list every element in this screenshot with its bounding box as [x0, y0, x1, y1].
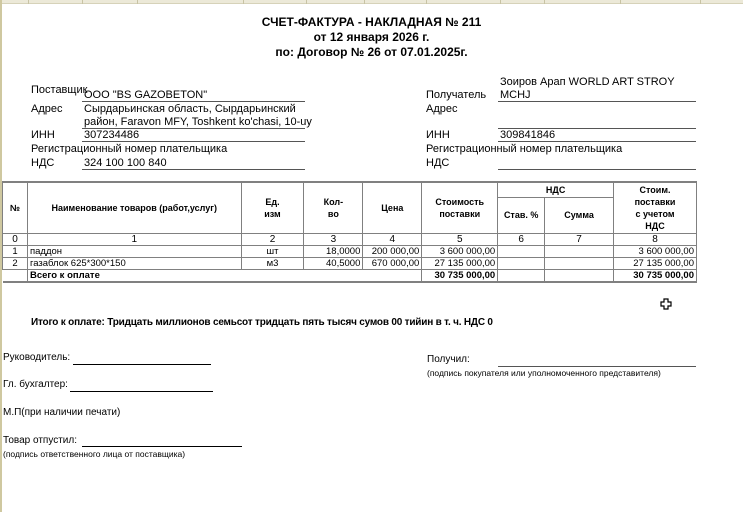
supplier-nds-label: НДС	[31, 157, 54, 169]
recipient-name-underline	[498, 101, 696, 102]
supplier-address-line2: район, Faravon MFY, Toshkent ko'chasi, 1…	[84, 116, 312, 128]
header-qty: Кол-во	[304, 182, 363, 233]
row-vat-sum	[545, 257, 614, 269]
recipient-inn-underline	[498, 141, 696, 142]
supplier-inn-underline	[82, 141, 305, 142]
director-signature-label: Руководитель:	[3, 352, 70, 363]
row-price: 670 000,00	[363, 257, 422, 269]
row-total: 3 600 000,00	[614, 245, 697, 257]
row-vat-rate	[498, 257, 545, 269]
director-signature-line	[73, 364, 211, 365]
recipient-name-line2: MCHJ	[500, 89, 531, 101]
total-with-vat: 30 735 000,00	[614, 269, 697, 282]
row-no: 1	[3, 245, 28, 257]
column-number: 6	[498, 233, 545, 245]
recipient-nds-label: НДС	[426, 157, 449, 169]
column-number: 0	[3, 233, 28, 245]
released-signature-note: (подпись ответственного лица от поставщи…	[3, 449, 185, 459]
released-signature-line	[82, 446, 242, 447]
header-unit: Ед.изм	[241, 182, 304, 233]
supplier-nds-underline	[82, 169, 305, 170]
row-vat-rate	[498, 245, 545, 257]
recipient-name-line1: Зоиров Арап WORLD ART STROY	[500, 76, 675, 88]
supplier-reg-label: Регистрационный номер плательщика	[31, 143, 227, 155]
supplier-name-underline	[82, 101, 305, 102]
received-signature-label: Получил:	[427, 354, 470, 365]
supplier-name: ООО "BS GAZOBETON"	[84, 89, 207, 101]
total-cost: 30 735 000,00	[422, 269, 498, 282]
contract-reference: по: Договор № 26 от 07.01.2025г.	[0, 45, 743, 59]
row-qty: 40,5000	[304, 257, 363, 269]
header-no: №	[3, 182, 28, 233]
column-number: 3	[304, 233, 363, 245]
header-cost: Стоимостьпоставки	[422, 182, 498, 233]
total-row: Всего к оплате 30 735 000,00 30 735 000,…	[3, 269, 697, 282]
table-row: 2 газаблок 625*300*150 м3 40,5000 670 00…	[3, 257, 697, 269]
column-number: 2	[241, 233, 304, 245]
recipient-label: Получатель	[426, 89, 486, 101]
header-name: Наименование товаров (работ,услуг)	[27, 182, 241, 233]
header-vat: НДС	[498, 182, 614, 197]
header-vat-rate: Став. %	[498, 197, 545, 233]
supplier-address-label: Адрес	[31, 103, 63, 115]
recipient-reg-label: Регистрационный номер плательщика	[426, 143, 622, 155]
row-no: 2	[3, 257, 28, 269]
column-number: 4	[363, 233, 422, 245]
row-cost: 3 600 000,00	[422, 245, 498, 257]
total-label: Всего к оплате	[27, 269, 421, 282]
invoice-items-table: № Наименование товаров (работ,услуг) Ед.…	[2, 181, 697, 283]
header-price: Цена	[363, 182, 422, 233]
accountant-signature-line	[70, 391, 213, 392]
supplier-nds: 324 100 100 840	[84, 157, 167, 169]
header-total: Стоим.поставкис учетомНДС	[614, 182, 697, 233]
released-signature-label: Товар отпустил:	[3, 435, 77, 446]
column-number: 7	[545, 233, 614, 245]
received-signature-line	[498, 366, 696, 367]
recipient-inn-label: ИНН	[426, 129, 450, 141]
row-total: 27 135 000,00	[614, 257, 697, 269]
amount-in-words: Итого к оплате: Тридцать миллионов семьс…	[31, 317, 493, 328]
column-number: 8	[614, 233, 697, 245]
recipient-inn: 309841846	[500, 129, 555, 141]
supplier-inn-label: ИНН	[31, 129, 55, 141]
supplier-inn: 307234486	[84, 129, 139, 141]
row-vat-sum	[545, 245, 614, 257]
row-name: газаблок 625*300*150	[27, 257, 241, 269]
row-cost: 27 135 000,00	[422, 257, 498, 269]
row-unit: шт	[241, 245, 304, 257]
row-unit: м3	[241, 257, 304, 269]
row-name: паддон	[27, 245, 241, 257]
table-row: 1 паддон шт 18,0000 200 000,00 3 600 000…	[3, 245, 697, 257]
recipient-nds-underline	[498, 169, 696, 170]
header-vat-sum: Сумма	[545, 197, 614, 233]
stamp-label: М.П(при наличии печати)	[3, 407, 120, 418]
column-number: 5	[422, 233, 498, 245]
row-qty: 18,0000	[304, 245, 363, 257]
supplier-address-line1: Сырдарьинская область, Сырдарьинский	[84, 103, 296, 115]
table-header-row: № Наименование товаров (работ,услуг) Ед.…	[3, 182, 697, 197]
row-price: 200 000,00	[363, 245, 422, 257]
document-title: СЧЕТ-ФАКТУРА - НАКЛАДНАЯ № 211	[0, 15, 743, 29]
received-signature-note: (подпись покупателя или уполномоченного …	[427, 368, 661, 378]
move-cursor-icon	[660, 298, 672, 310]
document-date: от 12 января 2026 г.	[0, 30, 743, 44]
column-number: 1	[27, 233, 241, 245]
accountant-signature-label: Гл. бухгалтер:	[3, 379, 68, 390]
spreadsheet-column-header-bar	[0, 0, 743, 4]
recipient-address-label: Адрес	[426, 103, 458, 115]
supplier-label: Поставщик	[31, 84, 87, 96]
column-numbers-row: 0 1 2 3 4 5 6 7 8	[3, 233, 697, 245]
